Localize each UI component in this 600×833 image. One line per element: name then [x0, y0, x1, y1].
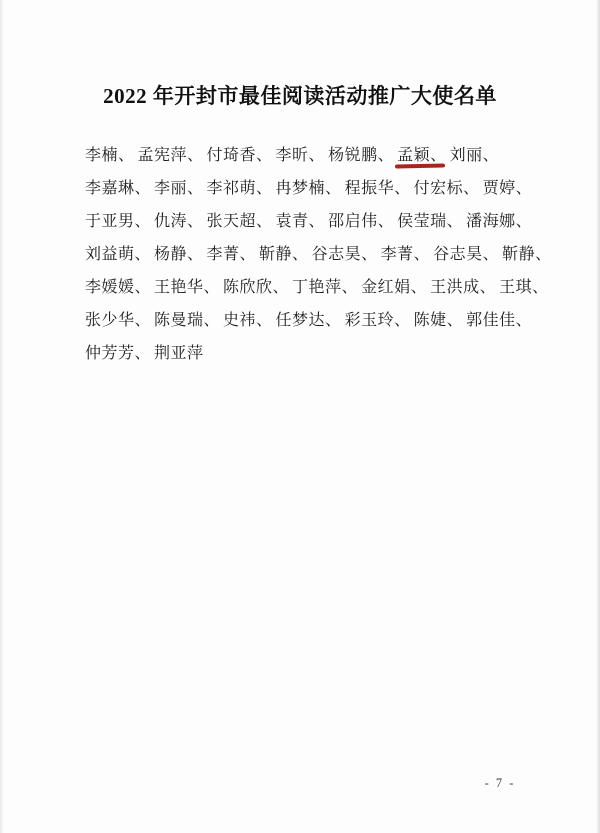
name: 李丽、 — [154, 180, 204, 197]
name: 谷志昊、 — [312, 246, 378, 263]
name: 陈欣欣、 — [223, 279, 289, 296]
name: 张少华、 — [85, 312, 151, 329]
name: 李嘉琳、 — [85, 180, 151, 197]
name: 谷志昊、 — [433, 246, 499, 263]
name-line: 刘益萌、杨静、李菁、靳静、谷志昊、李菁、谷志昊、靳静、 — [85, 238, 545, 271]
name: 任梦达、 — [276, 312, 342, 329]
name: 陈婕、 — [414, 312, 464, 329]
name: 王洪成、 — [430, 279, 496, 296]
name: 于亚男、 — [85, 213, 151, 230]
name: 荆亚萍 — [154, 345, 204, 362]
name-line: 李媛媛、王艳华、陈欣欣、丁艳萍、金红娟、王洪成、王琪、 — [85, 271, 545, 304]
page-left-edge-shadow — [0, 0, 4, 833]
name: 侯莹瑞、 — [397, 213, 463, 230]
name-line: 于亚男、仇涛、张天超、袁青、邵启伟、侯莹瑞、潘海娜、 — [85, 205, 545, 238]
name: 张天超、 — [207, 213, 273, 230]
page-right-edge-shadow — [596, 0, 600, 833]
name: 李菁、 — [381, 246, 431, 263]
name: 李昕、 — [276, 147, 326, 164]
name: 袁青、 — [276, 213, 326, 230]
document-title: 2022 年开封市最佳阅读活动推广大使名单 — [0, 80, 600, 110]
name: 杨静、 — [154, 246, 204, 263]
name: 王艳华、 — [154, 279, 220, 296]
page-number: - 7 - — [462, 776, 538, 791]
highlighted-name: 孟颖、 — [397, 147, 447, 164]
name: 陈曼瑞、 — [154, 312, 220, 329]
name: 刘丽、 — [450, 147, 500, 164]
name: 仲芳芳、 — [85, 345, 151, 362]
name: 郭佳佳、 — [466, 312, 532, 329]
name-line: 李楠、孟宪萍、付琦香、李昕、杨锐鹏、孟颖、刘丽、 — [85, 139, 545, 172]
name: 贾婷、 — [483, 180, 533, 197]
name: 李祁萌、 — [207, 180, 273, 197]
name: 金红娟、 — [361, 279, 427, 296]
name: 史祎、 — [223, 312, 273, 329]
name: 付琦香、 — [207, 147, 273, 164]
name: 付宏标、 — [414, 180, 480, 197]
name: 彩玉玲、 — [345, 312, 411, 329]
name: 仇涛、 — [154, 213, 204, 230]
name-line: 张少华、陈曼瑞、史祎、任梦达、彩玉玲、陈婕、郭佳佳、 — [85, 304, 545, 337]
name: 邵启伟、 — [328, 213, 394, 230]
name-line: 李嘉琳、李丽、李祁萌、冉梦楠、程振华、付宏标、贾婷、 — [85, 172, 545, 205]
name: 刘益萌、 — [85, 246, 151, 263]
name: 王琪、 — [499, 279, 549, 296]
scanned-document-page: 2022 年开封市最佳阅读活动推广大使名单 李楠、孟宪萍、付琦香、李昕、杨锐鹏、… — [0, 0, 600, 833]
name: 李菁、 — [207, 246, 257, 263]
name: 靳静、 — [502, 246, 552, 263]
name: 李楠、 — [85, 147, 135, 164]
name: 杨锐鹏、 — [328, 147, 394, 164]
name: 孟宪萍、 — [138, 147, 204, 164]
name: 程振华、 — [345, 180, 411, 197]
name-line: 仲芳芳、荆亚萍 — [85, 337, 545, 370]
name: 冉梦楠、 — [276, 180, 342, 197]
name-list: 李楠、孟宪萍、付琦香、李昕、杨锐鹏、孟颖、刘丽、李嘉琳、李丽、李祁萌、冉梦楠、程… — [85, 139, 545, 370]
name: 丁艳萍、 — [292, 279, 358, 296]
name: 李媛媛、 — [85, 279, 151, 296]
name: 靳静、 — [259, 246, 309, 263]
name: 潘海娜、 — [466, 213, 532, 230]
